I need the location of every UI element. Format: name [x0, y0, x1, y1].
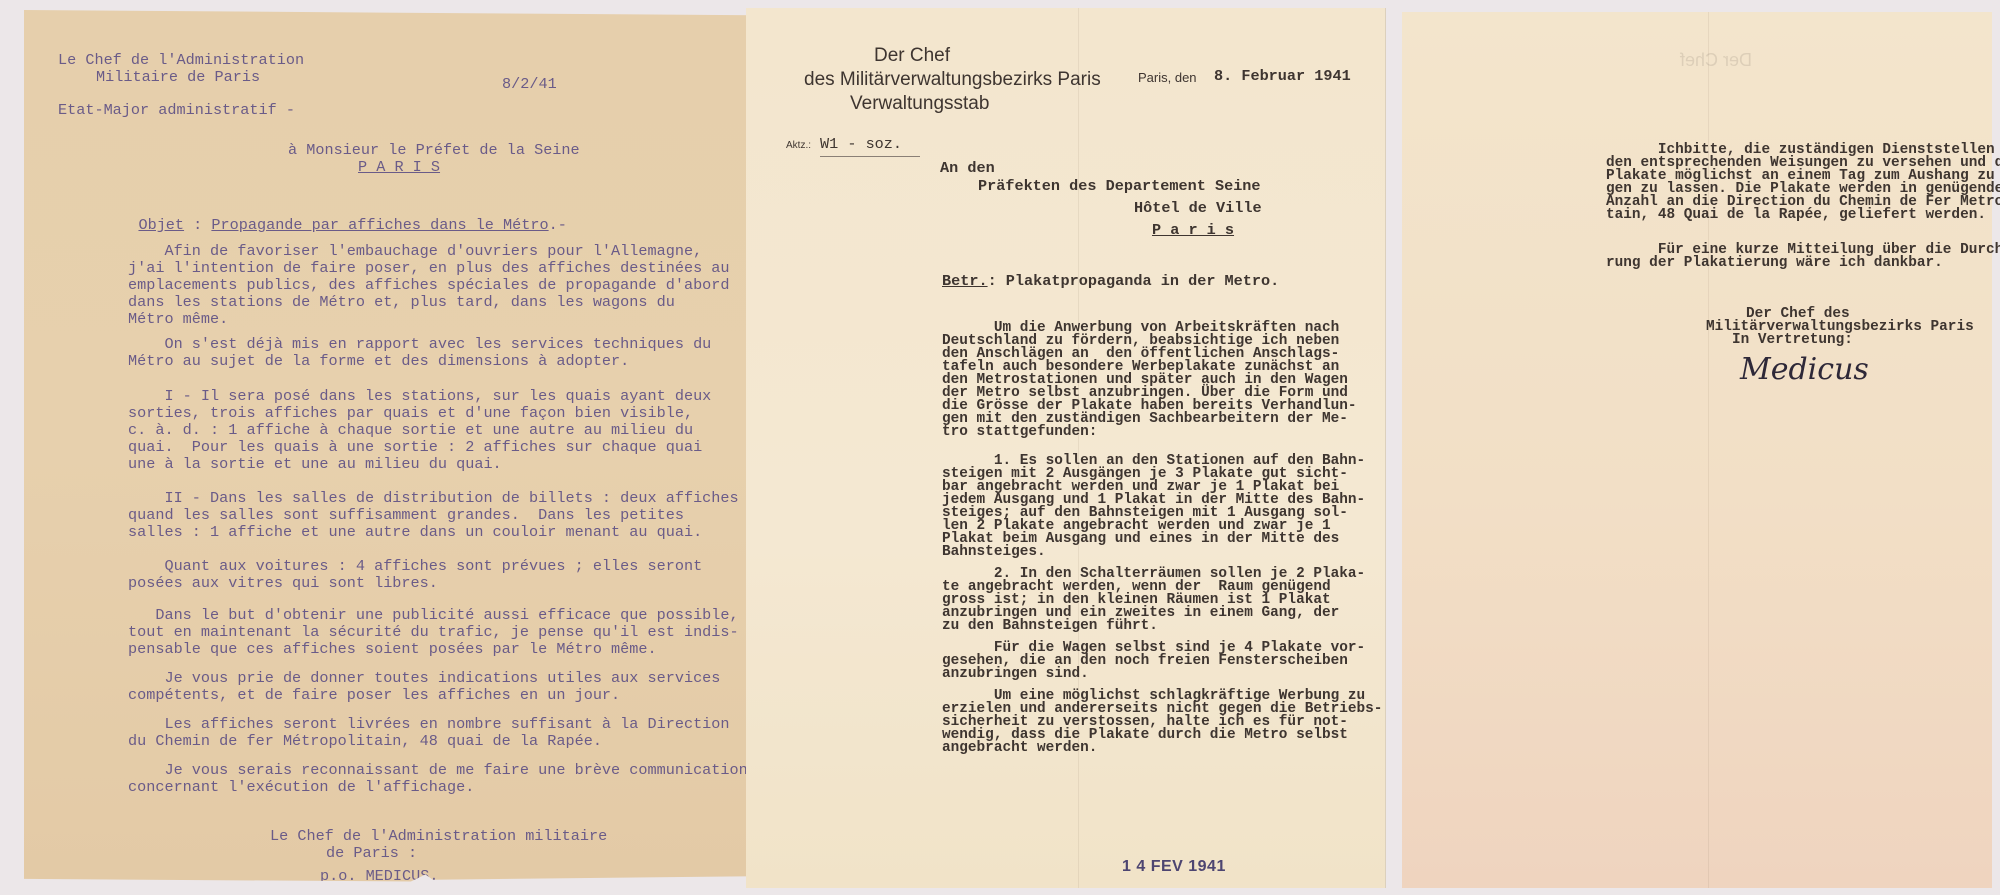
- paragraph: On s'est déjà mis en rapport avec les se…: [128, 336, 711, 370]
- subject-label: Objet: [138, 216, 184, 234]
- paragraph: Afin de favoriser l'embauchage d'ouvrier…: [128, 243, 730, 328]
- subject-label: Betr.: [942, 272, 988, 290]
- reference-value: W1 - soz.: [820, 136, 902, 153]
- subject-text: : Plakatpropaganda in der Metro.: [988, 272, 1280, 290]
- german-letter-page-2: Der Chef Ichbitte, die zuständigen Diens…: [1402, 12, 1992, 888]
- paragraph: Um die Anwerbung von Arbeitskräften nach…: [942, 322, 1357, 439]
- paragraph: Les affiches seront livrées en nombre su…: [128, 716, 730, 750]
- letterhead-line-2: des Militärverwaltungsbezirks Paris: [804, 69, 1101, 91]
- paragraph: Für eine kurze Mitteilung über die Durch…: [1606, 244, 2000, 270]
- paragraph: Je vous prie de donner toutes indication…: [128, 670, 720, 704]
- paragraph: Für die Wagen selbst sind je 4 Plakate v…: [942, 642, 1365, 681]
- address-line-2: Präfekten des Departement Seine: [978, 178, 1261, 195]
- received-date-stamp: 1 4 FEV 1941: [1122, 858, 1226, 876]
- paragraph: II - Dans les salles de distribution de …: [128, 490, 739, 541]
- paragraph: 1. Es sollen an den Stationen auf den Ba…: [942, 455, 1365, 559]
- subject-line: Betr.: Plakatpropaganda in der Metro.: [942, 273, 1279, 290]
- paragraph: Dans le but d'obtenir une publicité auss…: [128, 607, 739, 658]
- address-line-4: P a r i s: [1152, 222, 1234, 239]
- closing-line-3: In Vertretung:: [1732, 334, 1853, 347]
- paragraph: Ichbitte, die zuständigen Dienststellen …: [1606, 144, 2000, 222]
- letter-date: 8. Februar 1941: [1214, 68, 1351, 85]
- paragraph: Um eine möglichst schlagkräftige Werbung…: [942, 690, 1382, 755]
- paragraph: 2. In den Schalterräumen sollen je 2 Pla…: [942, 568, 1365, 633]
- recipient-line-2: P A R I S: [358, 159, 440, 176]
- address-line-3: Hôtel de Ville: [1134, 200, 1262, 217]
- bleed-through-letterhead: Der Chef: [1680, 50, 1752, 71]
- german-letter-page: Der Chef des Militärverwaltungsbezirks P…: [746, 8, 1386, 888]
- fold-line: [1078, 8, 1079, 888]
- subject-text: Propagande par affiches dans le Métro: [211, 216, 548, 234]
- closing-line-2: de Paris :: [326, 845, 417, 862]
- letterhead-line-3: Verwaltungsstab: [850, 93, 989, 115]
- place-label: Paris, den: [1138, 70, 1197, 85]
- address-line-1: An den: [940, 160, 995, 177]
- letter-date: 8/2/41: [502, 76, 557, 93]
- department: Etat-Major administratif -: [58, 102, 295, 119]
- sender-line-2: Militaire de Paris: [96, 69, 260, 86]
- paragraph: I - Il sera posé dans les stations, sur …: [128, 388, 711, 473]
- reference-underline: [820, 156, 920, 157]
- closing-line-1: Le Chef de l'Administration militaire: [270, 828, 607, 845]
- handwritten-signature: Medicus: [1740, 352, 1869, 387]
- sender-line-1: Le Chef de l'Administration: [58, 52, 304, 69]
- letterhead-line-1: Der Chef: [874, 45, 950, 67]
- signature-line: p.o. MEDICUS.: [320, 868, 438, 885]
- paragraph: Je vous serais reconnaissant de me faire…: [128, 762, 748, 796]
- reference-label: Aktz.:: [786, 140, 811, 151]
- recipient-line-1: à Monsieur le Préfet de la Seine: [288, 142, 580, 159]
- paragraph: Quant aux voitures : 4 affiches sont pré…: [128, 558, 702, 592]
- french-letter-page: Le Chef de l'Administration Militaire de…: [24, 10, 754, 885]
